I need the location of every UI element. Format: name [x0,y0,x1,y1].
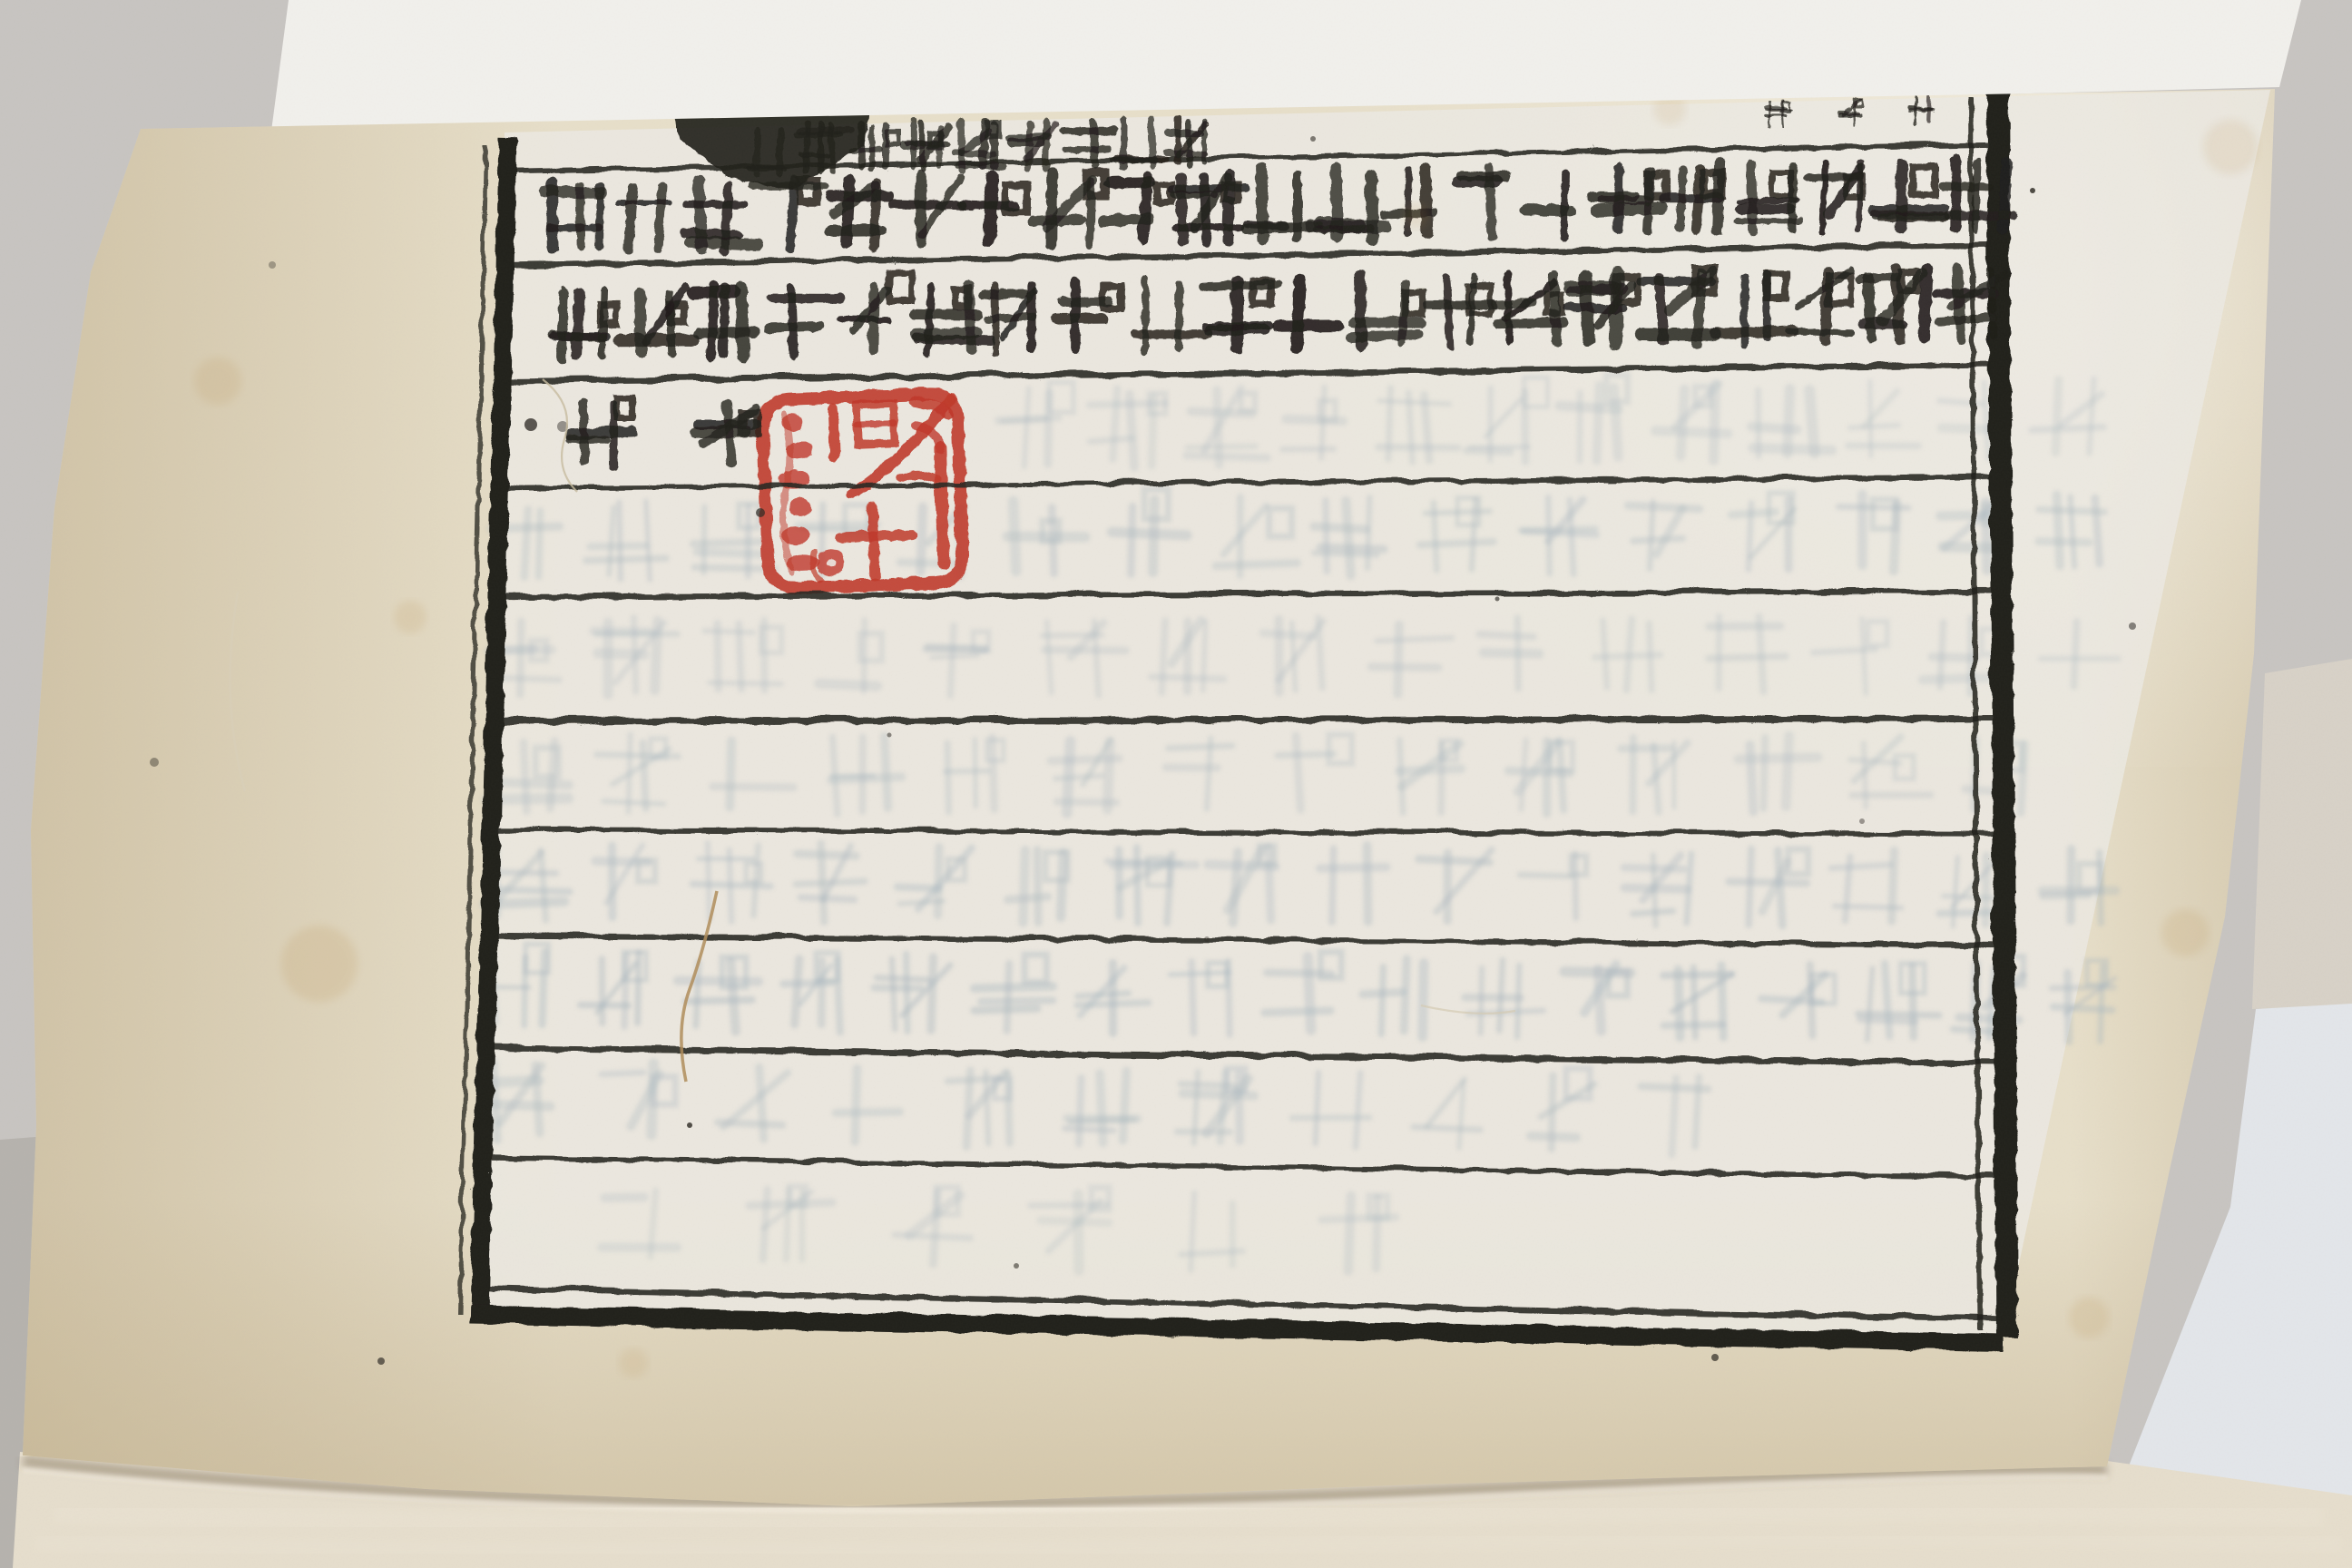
photo-grain [0,0,2352,1568]
photo-stage: Antique East Asian woodblock-printed boo… [0,0,2352,1568]
